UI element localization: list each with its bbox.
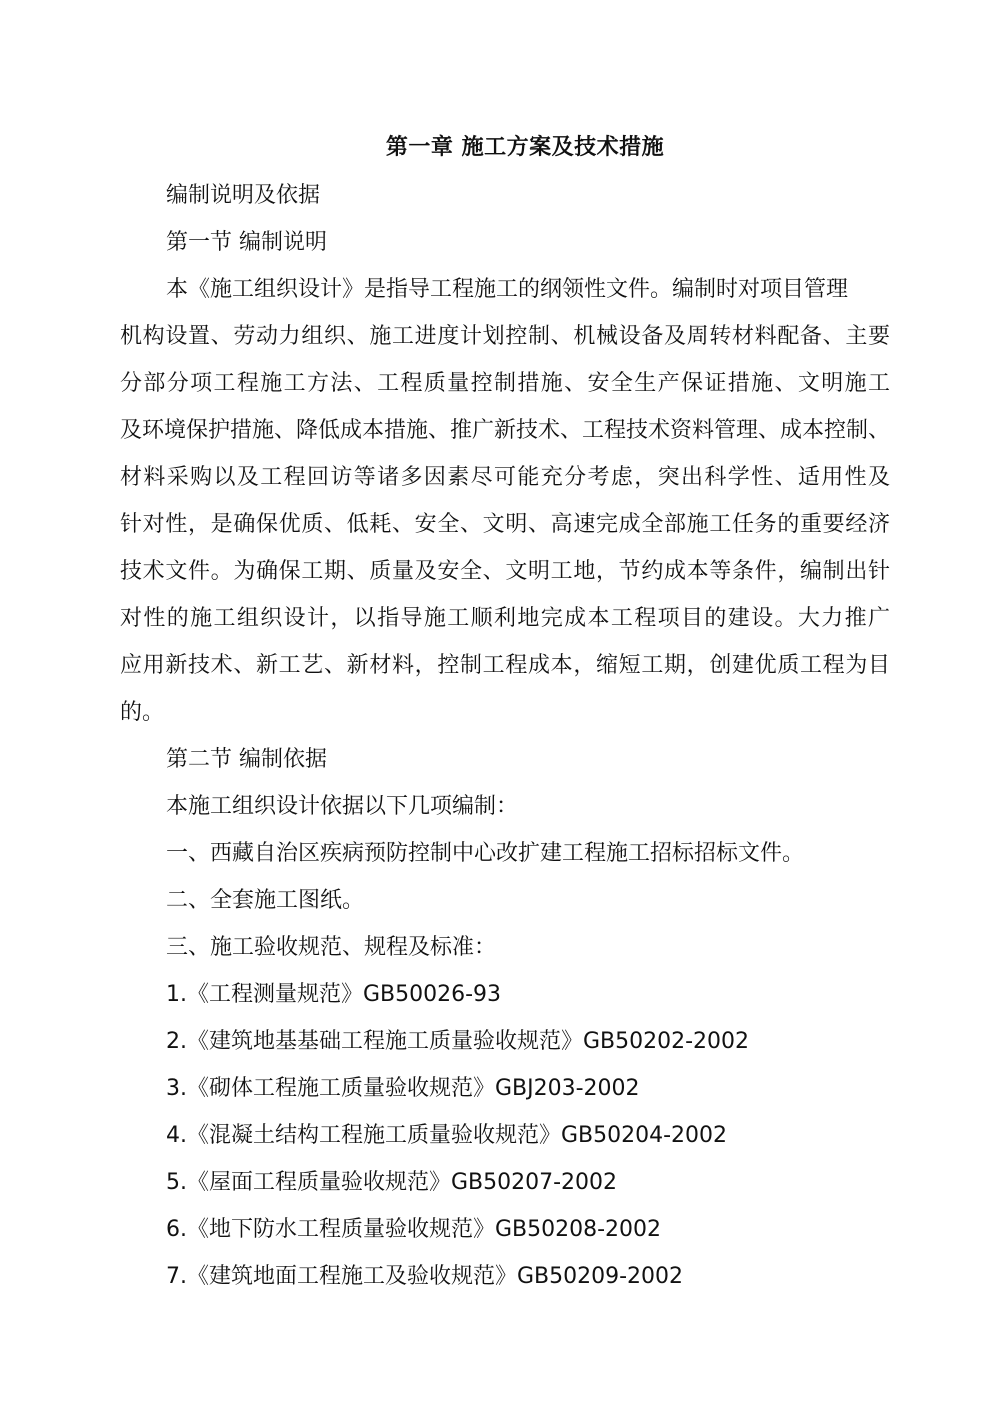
basis-item: 一、西藏自治区疾病预防控制中心改扩建工程施工招标招标文件。: [166, 839, 936, 869]
section1-title: 第一节 编制说明: [166, 228, 936, 258]
section2-title: 第二节 编制依据: [166, 745, 936, 775]
paragraph-line: 的。: [120, 698, 890, 728]
heading: 编制说明及依据: [166, 181, 936, 211]
standard-item: 6.《地下防水工程质量验收规范》GB50208-2002: [166, 1215, 936, 1245]
paragraph-line: 应用新技术、新工艺、新材料，控制工程成本，缩短工期，创建优质工程为目: [120, 651, 890, 681]
paragraph-line: 对性的施工组织设计，以指导施工顺利地完成本工程项目的建设。大力推广: [120, 604, 890, 634]
standard-item: 4.《混凝土结构工程施工质量验收规范》GB50204-2002: [166, 1121, 936, 1151]
paragraph-line: 机构设置、劳动力组织、施工进度计划控制、机械设备及周转材料配备、主要: [120, 322, 890, 352]
standard-item: 2.《建筑地基基础工程施工质量验收规范》GB50202-2002: [166, 1027, 936, 1057]
basis-item: 三、施工验收规范、规程及标准：: [166, 933, 936, 963]
paragraph-line: 技术文件。为确保工期、质量及安全、文明工地，节约成本等条件，编制出针: [120, 557, 890, 587]
paragraph-line: 材料采购以及工程回访等诸多因素尽可能充分考虑，突出科学性、适用性及: [120, 463, 890, 493]
paragraph-line: 分部分项工程施工方法、工程质量控制措施、安全生产保证措施、文明施工: [120, 369, 890, 399]
standard-item: 1.《工程测量规范》GB50026-93: [166, 980, 936, 1010]
document-page: 第一章 施工方案及技术措施 编制说明及依据 第一节 编制说明 本《施工组织设计》…: [0, 0, 1000, 1415]
paragraph-line: 本《施工组织设计》是指导工程施工的纲领性文件。编制时对项目管理: [166, 275, 890, 305]
standard-item: 7.《建筑地面工程施工及验收规范》GB50209-2002: [166, 1262, 936, 1292]
paragraph-line: 及环境保护措施、降低成本措施、推广新技术、工程技术资料管理、成本控制、: [120, 416, 890, 446]
section2-intro: 本施工组织设计依据以下几项编制：: [166, 792, 936, 822]
paragraph-line: 针对性，是确保优质、低耗、安全、文明、高速完成全部施工任务的重要经济: [120, 510, 890, 540]
chapter-title: 第一章 施工方案及技术措施: [0, 133, 1000, 163]
standard-item: 5.《屋面工程质量验收规范》GB50207-2002: [166, 1168, 936, 1198]
basis-item: 二、全套施工图纸。: [166, 886, 936, 916]
standard-item: 3.《砌体工程施工质量验收规范》GBJ203-2002: [166, 1074, 936, 1104]
